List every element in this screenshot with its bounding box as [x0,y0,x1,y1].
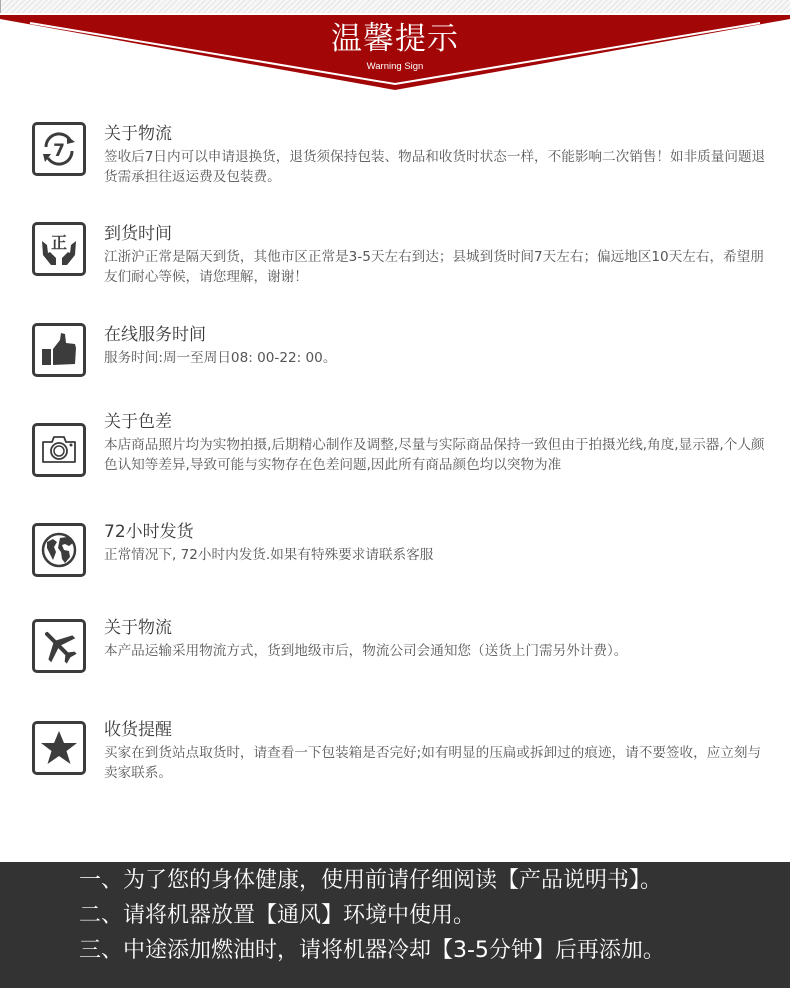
item-description: 买家在到货站点取货时，请查看一下包装箱是否完好;如有明显的压扁或拆卸过的痕迹，请… [104,743,774,783]
warning-banner: 温馨提示 Warning Sign [0,15,790,91]
item-description: 江浙沪正常是隔天到货，其他市区正常是3-5天左右到达；县城到货时间7天左右；偏远… [104,247,774,287]
svg-text:正: 正 [51,233,67,252]
item-title: 72小时发货 [104,520,194,544]
decorative-stripe-band [0,0,790,13]
item-title: 关于物流 [104,616,172,640]
item-description: 本店商品照片均为实物拍摄,后期精心制作及调整,尽量与实际商品保持一致但由于拍摄光… [104,435,774,475]
item-title: 关于色差 [104,410,172,434]
item-title: 到货时间 [104,222,172,246]
star-icon [32,721,86,775]
camera-icon [32,423,86,477]
globe-icon [32,523,86,577]
item-description: 正常情况下, 72小时内发货.如果有特殊要求请联系客服 [104,545,774,565]
item-title: 收货提醒 [104,718,172,742]
thumbs-up-icon [32,323,86,377]
return-7day-icon: 7 [32,122,86,176]
usage-notice-footer: 一、为了您的身体健康，使用前请仔细阅读【产品说明书】。 二、请将机器放置【通风】… [0,862,790,988]
item-description: 本产品运输采用物流方式，货到地级市后，物流公司会通知您（送货上门需另外计费）。 [104,641,774,661]
airplane-icon [32,619,86,673]
footer-line-2: 二、请将机器放置【通风】环境中使用。 [79,901,475,931]
genuine-hands-icon: 正 [32,222,86,276]
footer-line-3: 三、中途添加燃油时，请将机器冷却【3-5分钟】后再添加。 [79,936,665,966]
item-title: 关于物流 [104,122,172,146]
banner-title: 温馨提示 [0,20,790,58]
item-title: 在线服务时间 [104,323,206,347]
item-description: 签收后7日内可以申请退换货，退货须保持包装、物品和收货时状态一样，不能影响二次销… [104,147,774,187]
svg-text:7: 7 [53,141,65,161]
banner-subtitle: Warning Sign [0,61,790,72]
footer-line-1: 一、为了您的身体健康，使用前请仔细阅读【产品说明书】。 [79,866,662,896]
item-description: 服务时间:周一至周日08: 00-22: 00。 [104,348,774,368]
